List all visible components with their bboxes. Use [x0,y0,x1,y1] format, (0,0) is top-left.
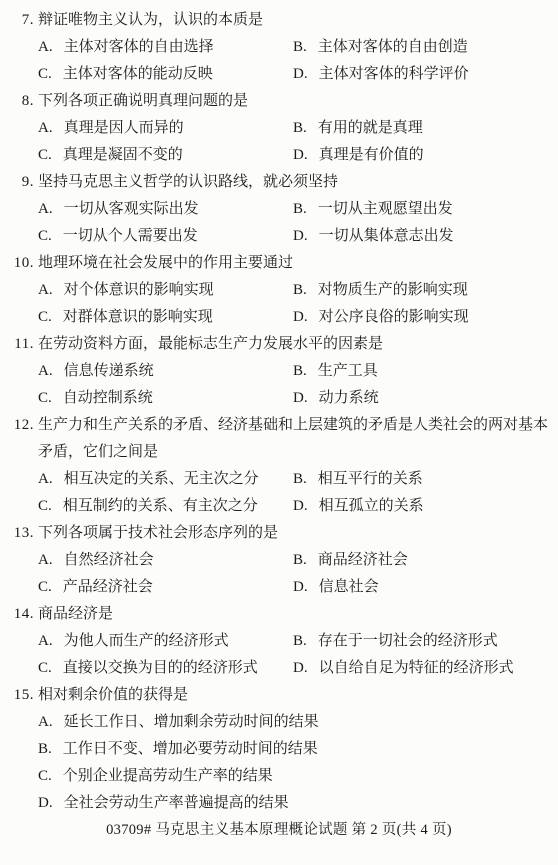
exam-page: 7. 辩证唯物主义认为，认识的本质是 A.主体对客体的自由选择 B.主体对客体的… [0,0,558,865]
question-number: 8. [8,88,34,115]
question-number: 14. [8,601,34,628]
option-label: C. [38,655,52,682]
option-label: C. [38,763,52,790]
option-text: 主体对客体的科学评价 [319,61,469,88]
page-footer: 03709# 马克思主义基本原理概论试题 第 2 页(共 4 页) [8,817,550,844]
options-list: A.主体对客体的自由选择 B.主体对客体的自由创造 C.主体对客体的能动反映 D… [38,34,550,88]
option-a: A.对个体意识的影响实现 [38,277,293,304]
option-label: A. [38,466,53,493]
option-text: 以自给自足为特征的经济形式 [319,655,514,682]
option-text: 工作日不变、增加必要劳动时间的结果 [63,736,318,763]
question-15: 15. 相对剩余价值的获得是 A.延长工作日、增加剩余劳动时间的结果 B.工作日… [8,682,550,817]
option-d: D.真理是有价值的 [293,142,550,169]
option-label: C. [38,142,52,169]
option-c: C.主体对客体的能动反映 [38,61,293,88]
option-c: C.相互制约的关系、有主次之分 [38,493,293,520]
option-c: C.个别企业提高劳动生产率的结果 [38,763,550,790]
option-text: 对个体意识的影响实现 [64,277,214,304]
option-label: C. [38,493,52,520]
option-label: C. [38,385,52,412]
option-label: D. [293,385,308,412]
question-stem: 商品经济是 [38,601,550,628]
option-d: D.动力系统 [293,385,550,412]
option-label: C. [38,574,52,601]
option-text: 一切从客观实际出发 [64,196,199,223]
option-label: A. [38,709,53,736]
option-text: 个别企业提高劳动生产率的结果 [63,763,273,790]
option-label: A. [38,277,53,304]
option-b: B.存在于一切社会的经济形式 [293,628,550,655]
option-b: B.商品经济社会 [293,547,550,574]
options-list: A.自然经济社会 B.商品经济社会 C.产品经济社会 D.信息社会 [38,547,550,601]
option-b: B.工作日不变、增加必要劳动时间的结果 [38,736,550,763]
options-list: A.相互决定的关系、无主次之分 B.相互平行的关系 C.相互制约的关系、有主次之… [38,466,550,520]
option-label: B. [293,358,307,385]
question-stem: 地理环境在社会发展中的作用主要通过 [38,250,550,277]
option-b: B.生产工具 [293,358,550,385]
option-c: C.产品经济社会 [38,574,293,601]
option-text: 真理是有价值的 [319,142,424,169]
option-c: C.一切从个人需要出发 [38,223,293,250]
question-9: 9. 坚持马克思主义哲学的认识路线，就必须坚持 A.一切从客观实际出发 B.一切… [8,169,550,250]
option-text: 对公序良俗的影响实现 [319,304,469,331]
option-label: A. [38,34,53,61]
option-text: 主体对客体的能动反映 [63,61,213,88]
question-13: 13. 下列各项属于技术社会形态序列的是 A.自然经济社会 B.商品经济社会 C… [8,520,550,601]
option-a: A.延长工作日、增加剩余劳动时间的结果 [38,709,550,736]
option-label: D. [293,655,308,682]
option-label: B. [293,277,307,304]
option-label: A. [38,115,53,142]
question-14: 14. 商品经济是 A.为他人而生产的经济形式 B.存在于一切社会的经济形式 C… [8,601,550,682]
option-b: B.相互平行的关系 [293,466,550,493]
option-b: B.有用的就是真理 [293,115,550,142]
option-text: 自然经济社会 [64,547,154,574]
option-label: B. [293,196,307,223]
option-text: 对群体意识的影响实现 [63,304,213,331]
option-text: 相互决定的关系、无主次之分 [64,466,259,493]
option-label: C. [38,61,52,88]
option-label: A. [38,547,53,574]
option-text: 动力系统 [319,385,379,412]
option-text: 延长工作日、增加剩余劳动时间的结果 [64,709,319,736]
question-stem: 在劳动资料方面，最能标志生产力发展水平的因素是 [38,331,550,358]
options-list: A.为他人而生产的经济形式 B.存在于一切社会的经济形式 C.直接以交换为目的的… [38,628,550,682]
option-label: A. [38,628,53,655]
question-number: 13. [8,520,34,547]
options-list: A.对个体意识的影响实现 B.对物质生产的影响实现 C.对群体意识的影响实现 D… [38,277,550,331]
option-b: B.一切从主观愿望出发 [293,196,550,223]
option-label: A. [38,196,53,223]
option-label: D. [38,790,53,817]
option-text: 自动控制系统 [63,385,153,412]
option-label: D. [293,223,308,250]
option-c: C.真理是凝固不变的 [38,142,293,169]
option-c: C.对群体意识的影响实现 [38,304,293,331]
question-number: 7. [8,7,34,34]
option-text: 商品经济社会 [318,547,408,574]
question-8: 8. 下列各项正确说明真理问题的是 A.真理是因人而异的 B.有用的就是真理 C… [8,88,550,169]
question-number: 10. [8,250,34,277]
option-text: 主体对客体的自由创造 [318,34,468,61]
option-label: D. [293,304,308,331]
option-text: 真理是凝固不变的 [63,142,183,169]
option-text: 真理是因人而异的 [64,115,184,142]
option-text: 信息传递系统 [64,358,154,385]
option-label: D. [293,61,308,88]
question-12: 12. 生产力和生产关系的矛盾、经济基础和上层建筑的矛盾是人类社会的两对基本 矛… [8,412,550,520]
option-label: A. [38,358,53,385]
option-d: D.以自给自足为特征的经济形式 [293,655,550,682]
option-a: A.信息传递系统 [38,358,293,385]
question-number: 12. [8,412,34,439]
option-a: A.自然经济社会 [38,547,293,574]
option-b: B.对物质生产的影响实现 [293,277,550,304]
question-number: 15. [8,682,34,709]
option-label: D. [293,142,308,169]
question-stem: 生产力和生产关系的矛盾、经济基础和上层建筑的矛盾是人类社会的两对基本 [38,412,550,439]
option-label: B. [293,547,307,574]
question-stem: 辩证唯物主义认为，认识的本质是 [38,7,550,34]
option-d: D.信息社会 [293,574,550,601]
question-stem: 下列各项正确说明真理问题的是 [38,88,550,115]
option-d: D.全社会劳动生产率普遍提高的结果 [38,790,550,817]
options-list: A.延长工作日、增加剩余劳动时间的结果 B.工作日不变、增加必要劳动时间的结果 … [38,709,550,817]
option-d: D.主体对客体的科学评价 [293,61,550,88]
question-7: 7. 辩证唯物主义认为，认识的本质是 A.主体对客体的自由选择 B.主体对客体的… [8,7,550,88]
options-list: A.信息传递系统 B.生产工具 C.自动控制系统 D.动力系统 [38,358,550,412]
option-label: B. [293,466,307,493]
option-label: B. [38,736,52,763]
option-text: 存在于一切社会的经济形式 [318,628,498,655]
option-text: 为他人而生产的经济形式 [64,628,229,655]
option-a: A.一切从客观实际出发 [38,196,293,223]
option-a: A.真理是因人而异的 [38,115,293,142]
option-text: 产品经济社会 [63,574,153,601]
option-label: B. [293,628,307,655]
option-label: B. [293,115,307,142]
question-number: 11. [8,331,34,358]
option-d: D.相互孤立的关系 [293,493,550,520]
option-text: 一切从主观愿望出发 [318,196,453,223]
option-a: A.为他人而生产的经济形式 [38,628,293,655]
question-stem: 坚持马克思主义哲学的认识路线，就必须坚持 [38,169,550,196]
question-stem: 相对剩余价值的获得是 [38,682,550,709]
option-text: 信息社会 [319,574,379,601]
option-text: 生产工具 [318,358,378,385]
option-text: 对物质生产的影响实现 [318,277,468,304]
question-10: 10. 地理环境在社会发展中的作用主要通过 A.对个体意识的影响实现 B.对物质… [8,250,550,331]
option-label: C. [38,223,52,250]
option-text: 相互平行的关系 [318,466,423,493]
question-stem-line2: 矛盾，它们之间是 [38,439,550,466]
option-label: C. [38,304,52,331]
option-text: 有用的就是真理 [318,115,423,142]
option-text: 主体对客体的自由选择 [64,34,214,61]
option-text: 直接以交换为目的的经济形式 [63,655,258,682]
option-c: C.自动控制系统 [38,385,293,412]
option-b: B.主体对客体的自由创造 [293,34,550,61]
option-text: 一切从个人需要出发 [63,223,198,250]
option-label: D. [293,493,308,520]
option-label: D. [293,574,308,601]
option-text: 全社会劳动生产率普遍提高的结果 [64,790,289,817]
option-text: 一切从集体意志出发 [319,223,454,250]
option-label: B. [293,34,307,61]
question-11: 11. 在劳动资料方面，最能标志生产力发展水平的因素是 A.信息传递系统 B.生… [8,331,550,412]
question-number: 9. [8,169,34,196]
option-d: D.对公序良俗的影响实现 [293,304,550,331]
option-d: D.一切从集体意志出发 [293,223,550,250]
option-a: A.相互决定的关系、无主次之分 [38,466,293,493]
options-list: A.一切从客观实际出发 B.一切从主观愿望出发 C.一切从个人需要出发 D.一切… [38,196,550,250]
question-stem: 下列各项属于技术社会形态序列的是 [38,520,550,547]
option-text: 相互制约的关系、有主次之分 [63,493,258,520]
option-a: A.主体对客体的自由选择 [38,34,293,61]
option-c: C.直接以交换为目的的经济形式 [38,655,293,682]
options-list: A.真理是因人而异的 B.有用的就是真理 C.真理是凝固不变的 D.真理是有价值… [38,115,550,169]
option-text: 相互孤立的关系 [319,493,424,520]
